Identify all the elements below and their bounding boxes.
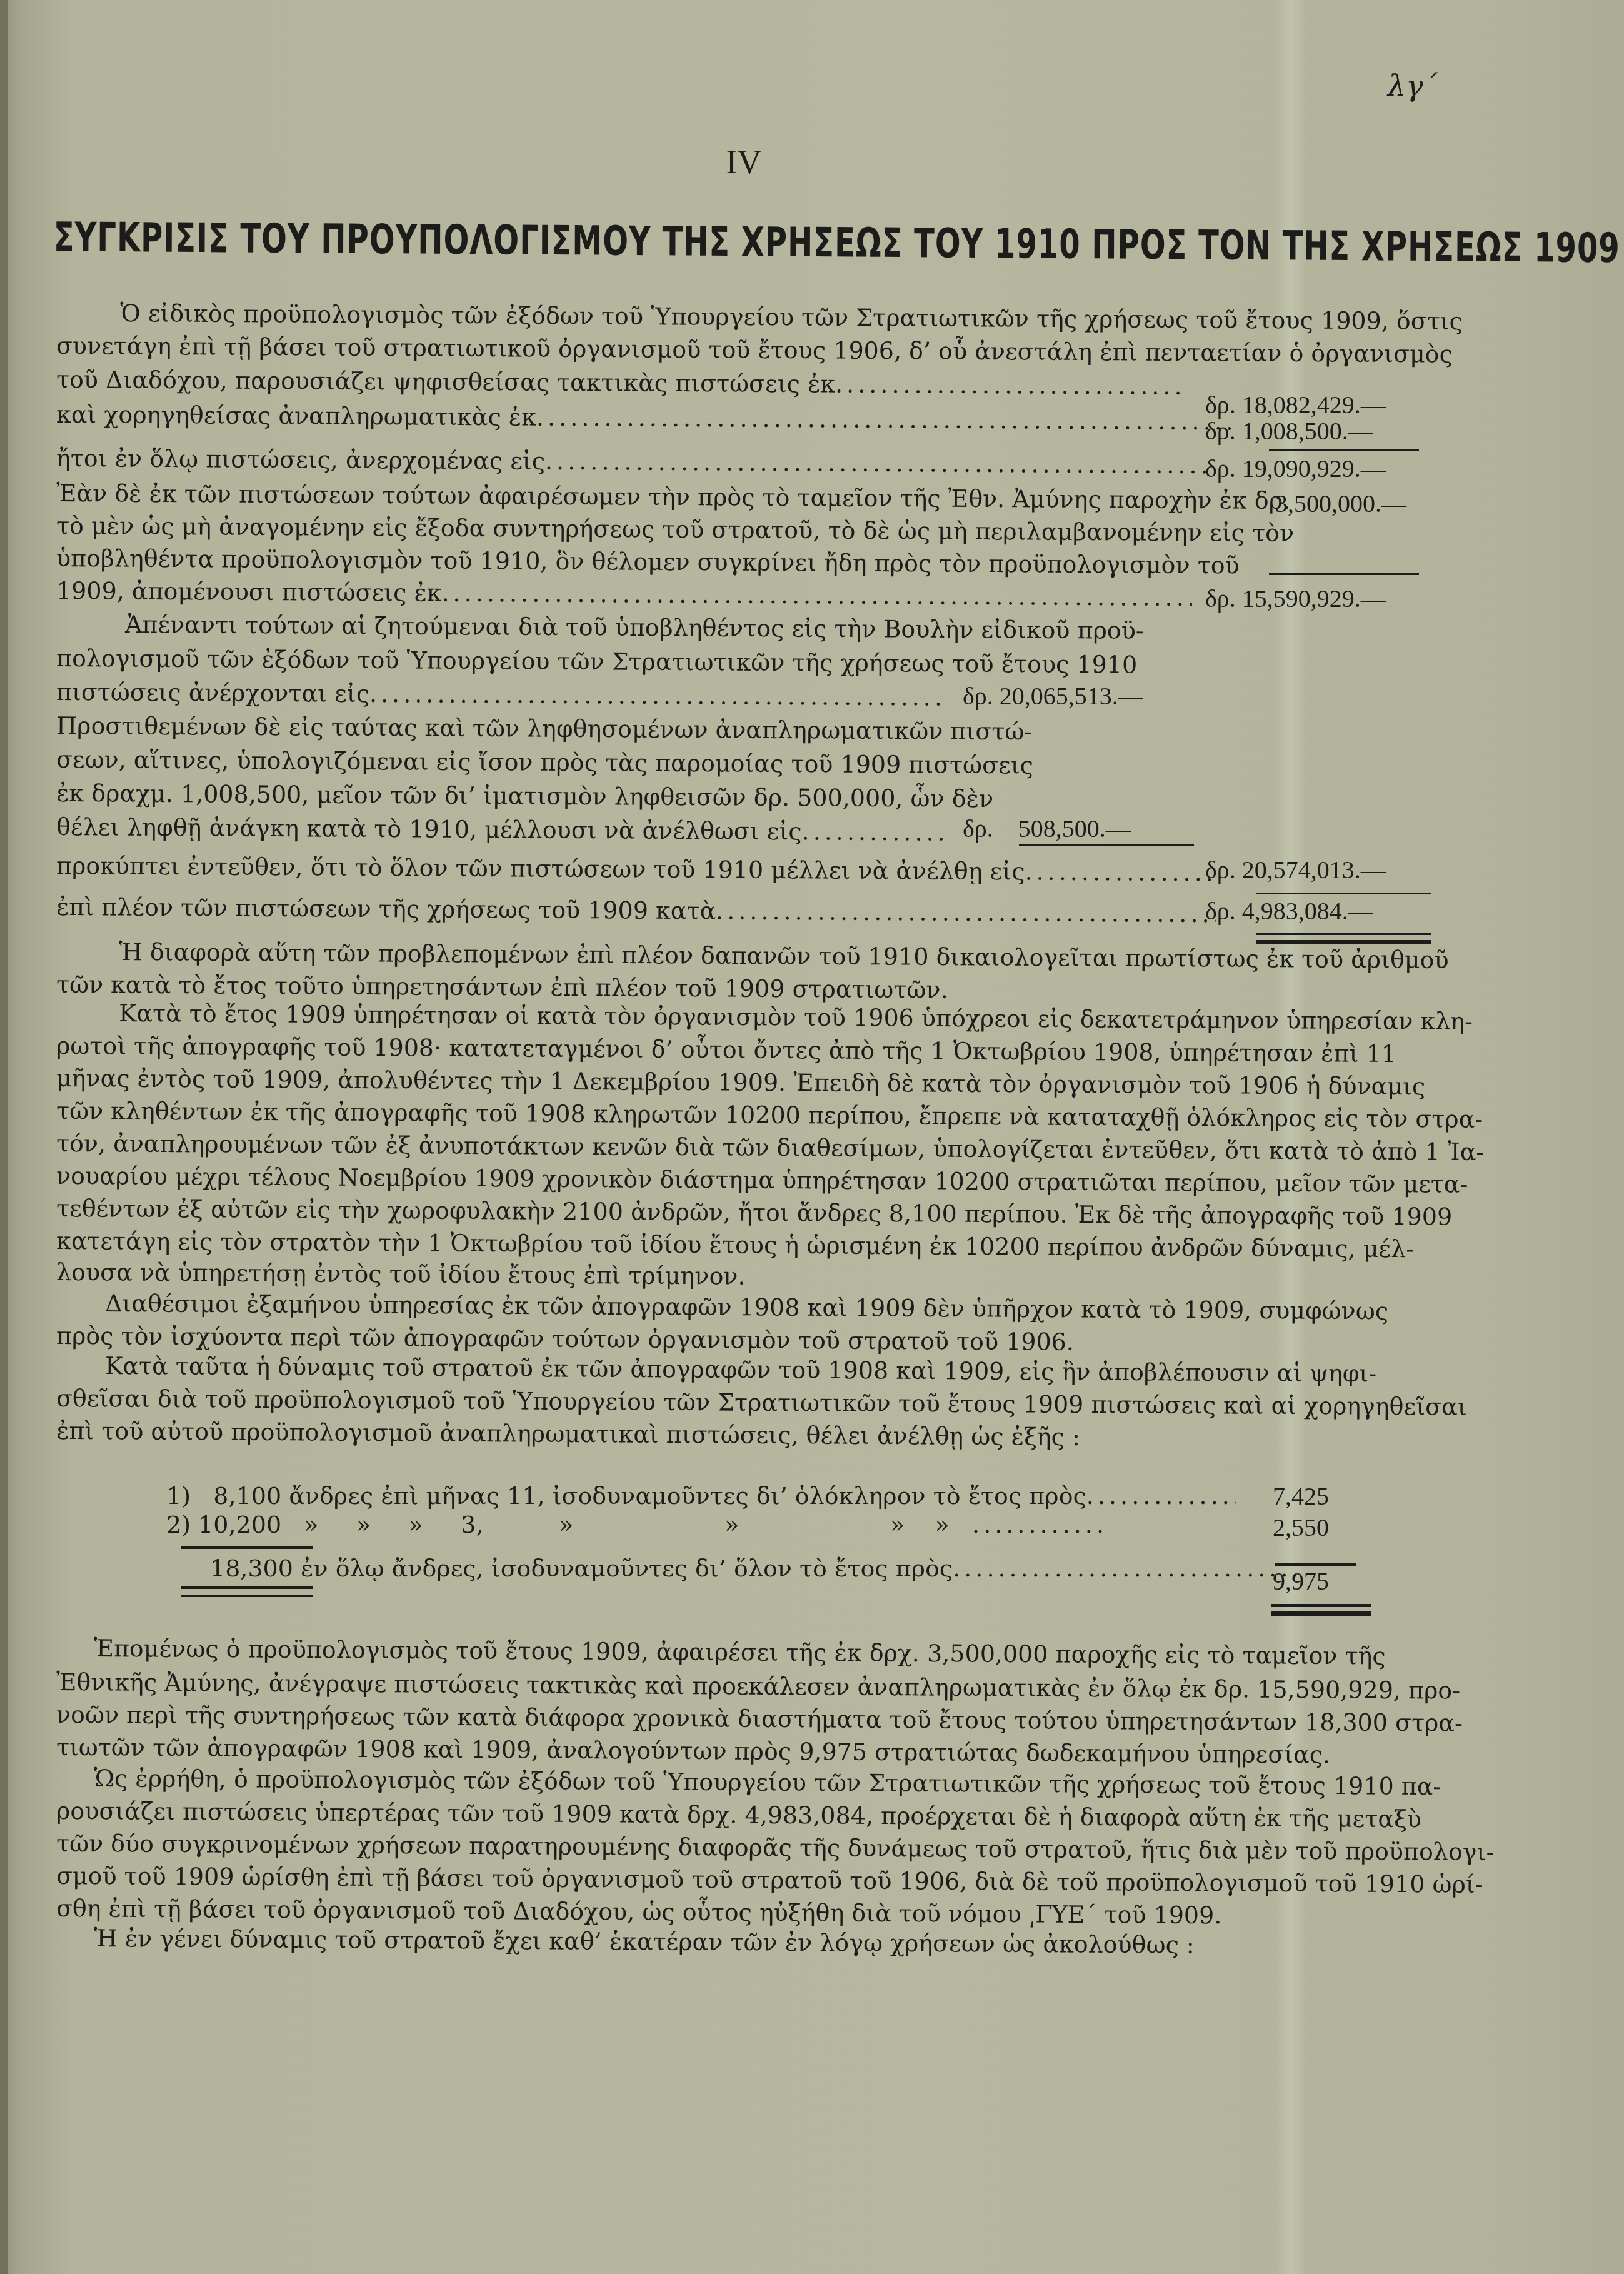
amount-1910-supplementary: δρ. 508,500.— (963, 814, 1131, 843)
text-line: Κατὰ ταῦτα ἡ δύναμις τοῦ στρατοῦ ἐκ τῶν … (105, 1351, 1376, 1388)
text-line: Ἡ ἐν γένει δύναμις τοῦ στρατοῦ ἔχει καθ’… (94, 1924, 1195, 1960)
strength-total-equiv: 9,975 (1273, 1566, 1329, 1596)
text-line: 1909, ἀπομένουσι πιστώσεις ἐκ...........… (56, 576, 1192, 612)
text-line: ἐπὶ πλέον τῶν πιστώσεων τῆς χρήσεως τοῦ … (56, 893, 1216, 928)
sum-rule (1019, 844, 1194, 846)
amount-difference: δρ. 4,983,084.— (1205, 896, 1373, 926)
amount-1909-supplementary: δρ. 1,008,500.— (1205, 416, 1373, 446)
text-line: νοῶν περὶ τῆς συντηρήσεως τῶν κατὰ διάφο… (56, 1700, 1463, 1738)
double-rule (1271, 1611, 1371, 1616)
text-line: Ἡ διαφορὰ αὕτη τῶν προβλεπομένων ἐπὶ πλέ… (119, 938, 1449, 974)
text-line: τοῦ Διαδόχου, παρουσιάζει ψηφισθείσας τα… (56, 365, 1185, 401)
text-line: σμοῦ τοῦ 1909 ὡρίσθη ἐπὶ τῇ βάσει τοῦ ὀρ… (56, 1861, 1483, 1899)
text-line: ἐπὶ τοῦ αὐτοῦ προϋπολογισμοῦ ἀναπληρωματ… (56, 1416, 1080, 1451)
text-line: Ὡς ἐρρήθη, ὁ προϋπολογισμὸς τῶν ἐξόδων τ… (94, 1764, 1441, 1801)
text-line: ρωτοὶ τῆς ἀπογραφῆς τοῦ 1908· κατατεταγμ… (56, 1031, 1396, 1068)
text-line: Προστιθεμένων δὲ εἰς ταύτας καὶ τῶν ληφθ… (56, 711, 1032, 746)
text-line: σεων, αἵτινες, ὑπολογιζόμεναι εἰς ἴσον π… (56, 745, 1033, 780)
amount-1910-total: δρ. 20,574,013.— (1205, 855, 1386, 884)
text-line: πολογισμοῦ τῶν ἐξόδων τοῦ Ὑπουργείου τῶν… (56, 644, 1137, 679)
double-rule (1256, 933, 1431, 935)
strength-row-2-equiv: 2,550 (1273, 1513, 1329, 1542)
text-line: Διαθέσιμοι ἐξαμήνου ὑπηρεσίας ἐκ τῶν ἀπο… (105, 1289, 1388, 1326)
sum-rule (1256, 893, 1431, 894)
text-line: ἤτοι ἐν ὅλῳ πιστώσεις, ἀνερχομένας εἰς..… (56, 444, 1208, 479)
text-line: τὸ μὲν ὡς μὴ ἀναγομένην εἰς ἔξοδα συντηρ… (56, 511, 1294, 548)
text-line: Ὁ εἰδικὸς προϋπολογισμὸς τῶν ἐξόδων τοῦ … (120, 299, 1463, 336)
text-line: τιωτῶν τῶν ἀπογραφῶν 1908 καὶ 1909, ἀναλ… (56, 1733, 1330, 1769)
strength-total: 18,300 ἐν ὅλῳ ἄνδρες, ἰσοδυναμοῦντες δι’… (210, 1554, 1296, 1583)
sum-rule (1269, 449, 1419, 451)
page-title: ΣΥΓΚΡΙΣΙΣ ΤΟΥ ΠΡΟΥΠΟΛΟΓΙΣΜΟΥ ΤΗΣ ΧΡΗΣΕΩΣ… (54, 214, 1448, 271)
text-line: θέλει ληφθῇ ἀνάγκη κατὰ τὸ 1910, μέλλουσ… (56, 813, 946, 847)
sum-rule (1269, 573, 1419, 575)
text-line: Ἐθνικῆς Ἀμύνης, ἀνέγραψε πιστώσεις τακτι… (56, 1668, 1460, 1705)
double-rule (181, 1595, 313, 1597)
sum-rule (181, 1546, 313, 1549)
section-number: IV (0, 143, 1488, 181)
amount-1910-requested: δρ. 20,065,513.— (963, 681, 1143, 711)
amount-national-defence: 3,500,000.— (1275, 489, 1406, 518)
text-line: Ἐὰν δὲ ἐκ τῶν πιστώσεων τούτων ἀφαιρέσωμ… (56, 479, 1290, 515)
text-line: τόν, ἀναπληρουμένων τῶν ἐξ ἀνυποτάκτων κ… (56, 1129, 1485, 1166)
text-line: Ἀπέναντι τούτων αἱ ζητούμεναι διὰ τοῦ ὑπ… (125, 610, 1144, 645)
amount-1909-total: δρ. 19,090,929.— (1205, 454, 1386, 483)
text-line: ἐκ δραχμ. 1,008,500, μεῖον τῶν δι’ ἱματι… (56, 779, 993, 813)
text-line: ὑποβληθέντα προϋπολογισμὸν τοῦ 1910, ὃν … (56, 544, 1240, 580)
page-folio: λγ΄ (1388, 69, 1438, 103)
strength-row-1-equiv: 7,425 (1273, 1481, 1329, 1511)
page-edge-shadow (0, 0, 8, 2274)
text-line: σθεῖσαι διὰ τοῦ προϋπολογισμοῦ τοῦ Ὑπουρ… (56, 1384, 1467, 1421)
double-rule (181, 1586, 313, 1589)
text-line: κατετάγη εἰς τὸν στρατὸν τὴν 1 Ὀκτωβρίου… (56, 1226, 1414, 1263)
text-line: προκύπτει ἐντεῦθεν, ὅτι τὸ ὅλον τῶν πιστ… (56, 851, 1213, 887)
text-line: Ἑπομένως ὁ προϋπολογισμὸς τοῦ ἔτους 1909… (94, 1634, 1386, 1671)
text-line: μῆνας ἐντὸς τοῦ 1909, ἀπολυθέντες τὴν 1 … (56, 1064, 1426, 1101)
amount-1909-net: δρ. 15,590,929.— (1205, 584, 1386, 613)
text-line: πρὸς τὸν ἰσχύοντα περὶ τῶν ἀπογραφῶν τού… (56, 1321, 1074, 1356)
double-rule (1271, 1604, 1371, 1607)
text-line: Κατὰ τὸ ἔτος 1909 ὑπηρέτησαν οἱ κατὰ τὸν… (119, 999, 1473, 1036)
text-line: καὶ χορηγηθείσας ἀναπληρωματικὰς ἐκ.....… (56, 400, 1236, 436)
text-line: τεθέντων ἐξ αὐτῶν εἰς τὴν χωροφυλακὴν 21… (56, 1194, 1453, 1231)
text-line: πιστώσεις ἀνέρχονται εἰς................… (56, 678, 945, 712)
text-line: ρουσιάζει πιστώσεις ὑπερτέρας τῶν τοῦ 19… (56, 1796, 1421, 1833)
document-page: λγ΄ IV ΣΥΓΚΡΙΣΙΣ ΤΟΥ ΠΡΟΥΠΟΛΟΓΙΣΜΟΥ ΤΗΣ … (0, 0, 1624, 2274)
text-line: τῶν κληθέντων ἐκ τῆς ἀπογραφῆς τοῦ 1908 … (56, 1096, 1483, 1134)
double-rule (1256, 940, 1431, 944)
text-line: λουσα νὰ ὑπηρετήσῃ ἐντὸς τοῦ ἰδίου ἔτους… (56, 1258, 746, 1291)
strength-row-2: 2) 10,200 » » » 3, » » » » .............… (166, 1510, 1103, 1539)
text-line: νουαρίου μέχρι τέλους Νοεμβρίου 1909 χρο… (56, 1161, 1468, 1199)
text-line: συνετάγη ἐπὶ τῇ βάσει τοῦ στρατιωτικοῦ ὀ… (56, 331, 1453, 369)
strength-row-1: 1) 8,100 ἄνδρες ἐπὶ μῆνας 11, ἰσοδυναμοῦ… (166, 1481, 1236, 1510)
